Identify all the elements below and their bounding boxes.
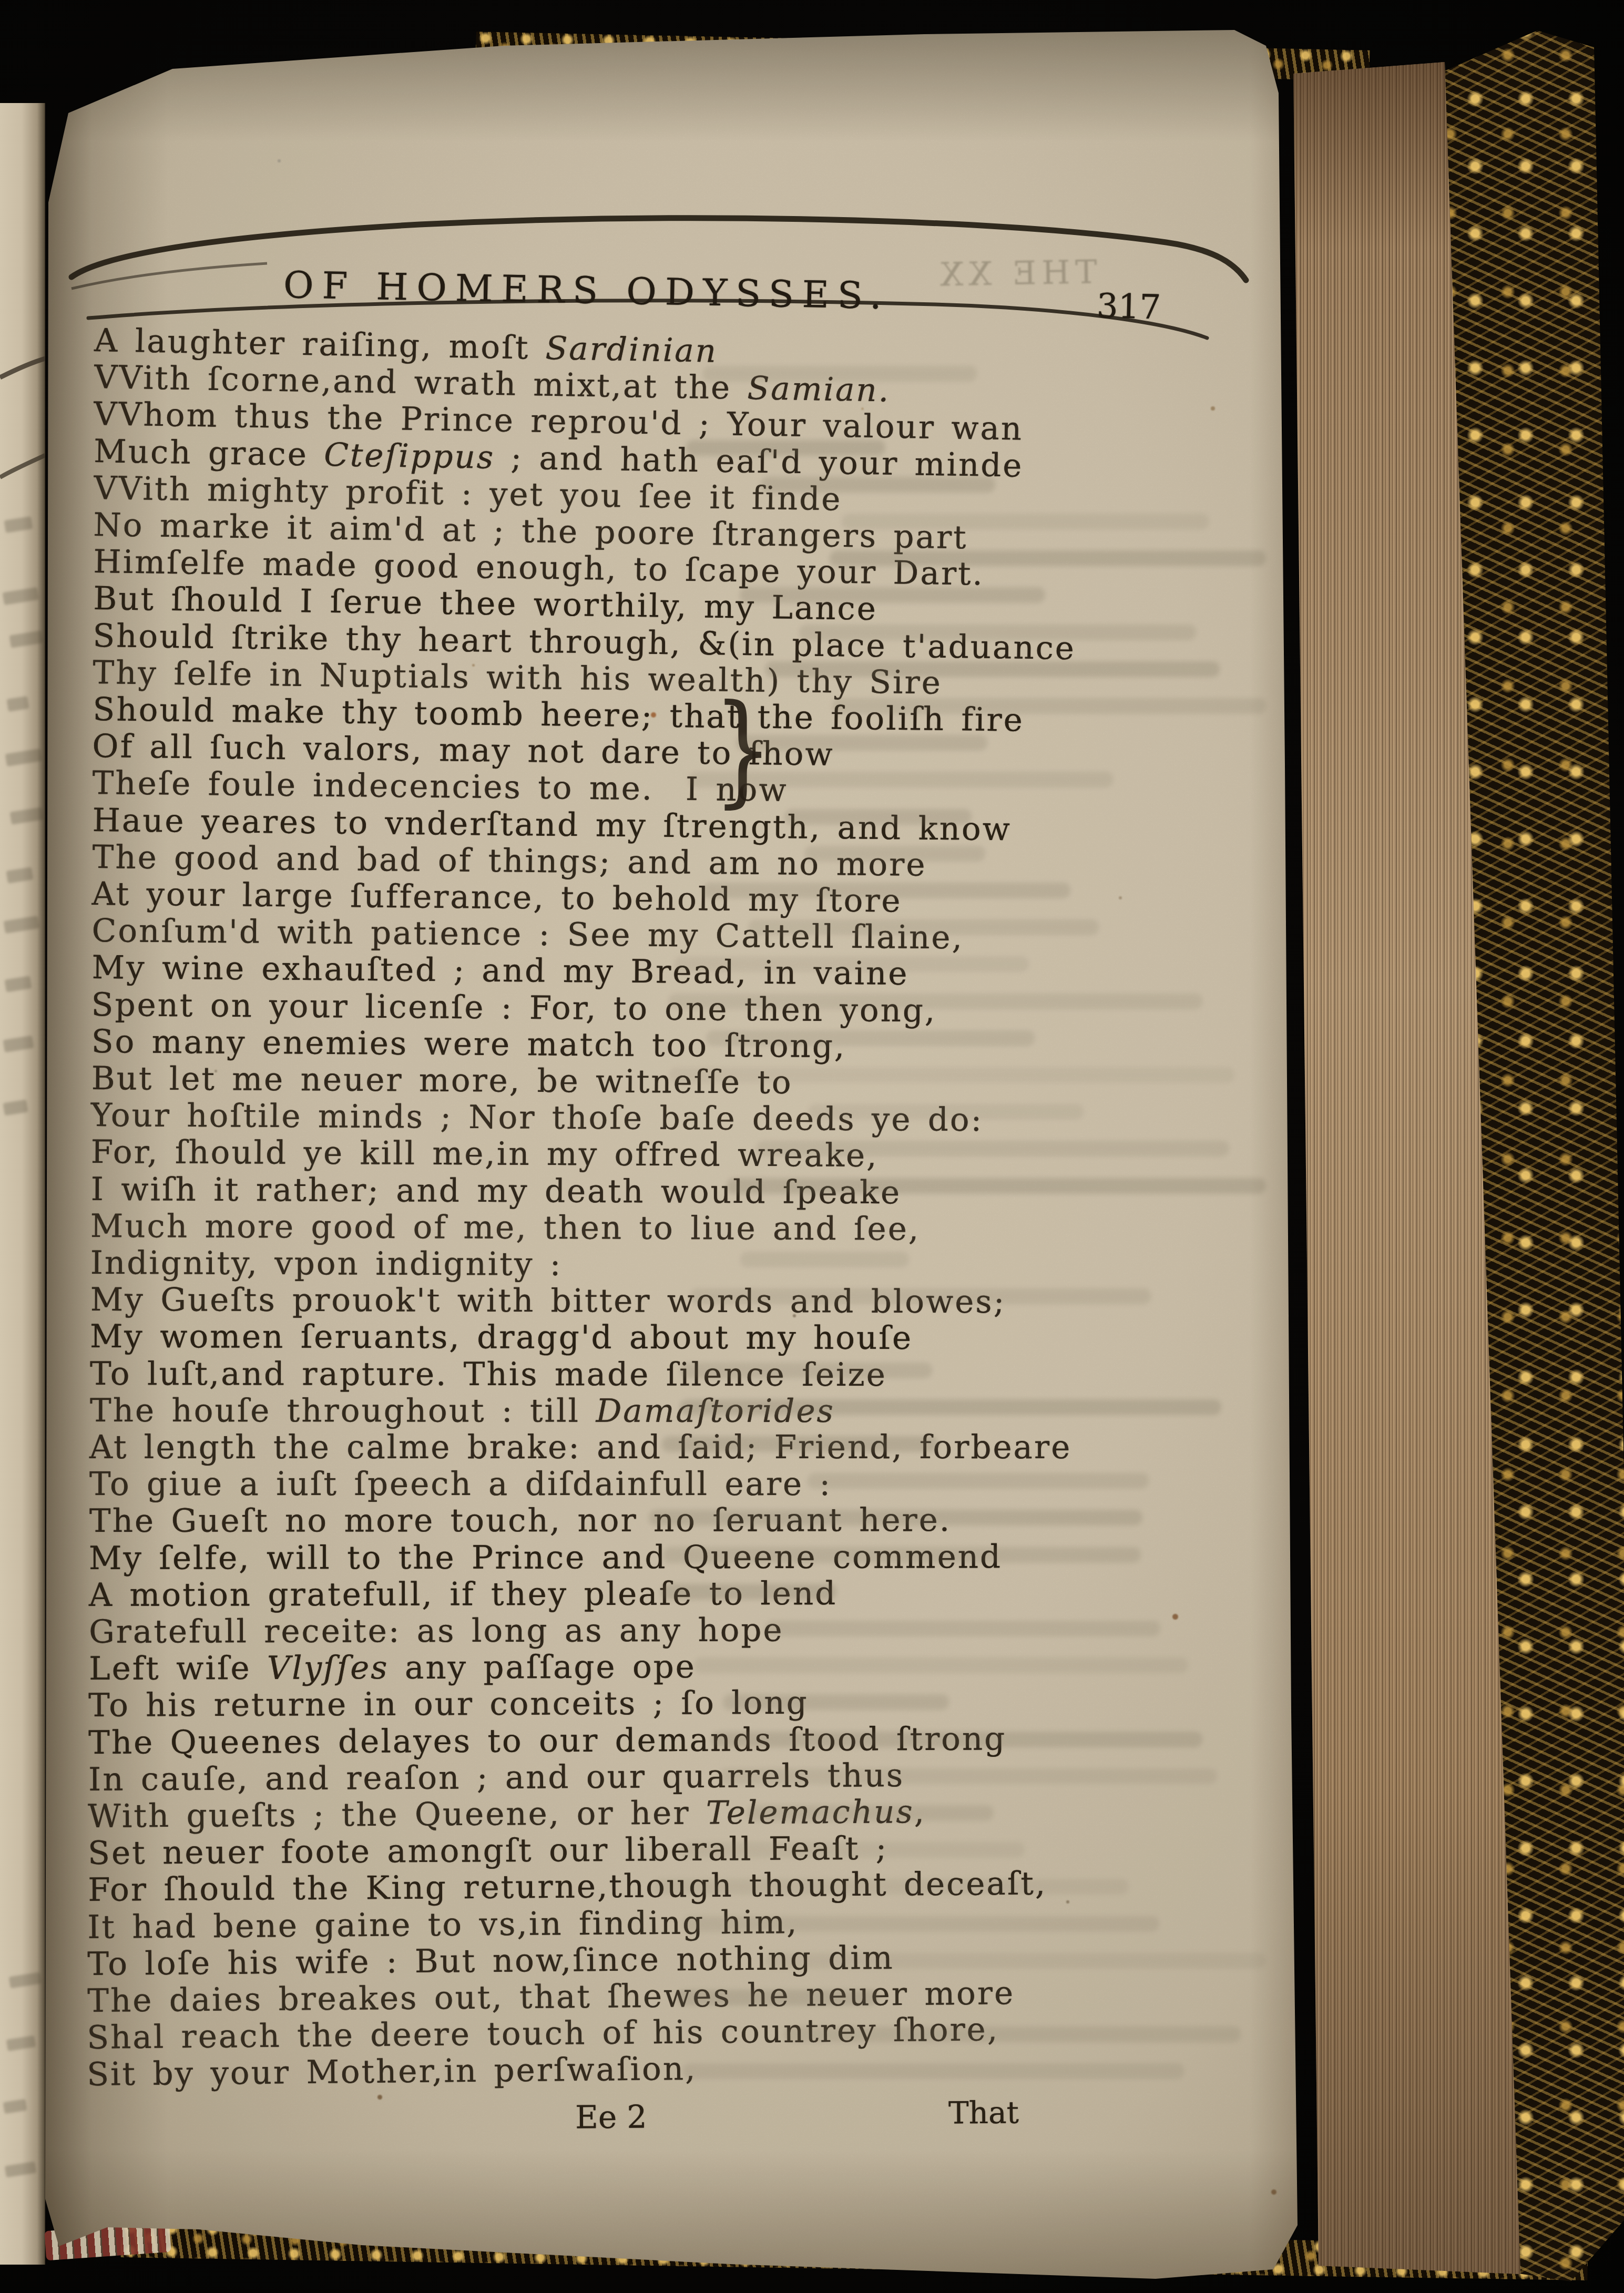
italic-proper-name: Vlyſſes xyxy=(267,1649,389,1687)
facing-page-rules xyxy=(0,103,45,576)
bleedthrough-bar xyxy=(682,2063,1184,2079)
line-text: In cauſe, and reaſon ; and our quarrels … xyxy=(88,1757,904,1798)
poem-line: Much more good of me, then to liue and ſ… xyxy=(90,1207,921,1248)
line-text: , xyxy=(914,1793,926,1830)
line-text: Set neuer foote amongſt our liberall Fea… xyxy=(88,1830,888,1872)
line-text: With gueſts ; the Queene, or her xyxy=(88,1794,706,1835)
bleedthrough-bar xyxy=(740,1252,910,1267)
poem-line: Gratefull receite: as long as any hope xyxy=(89,1612,784,1651)
signature-mark: Ee 2 xyxy=(575,2099,647,2136)
line-text: Much more good of me, then to liue and ſ… xyxy=(90,1207,921,1248)
line-text: A motion gratefull, if they pleaſe to le… xyxy=(89,1575,837,1614)
line-text: To his returne in our conceits ; ſo long xyxy=(88,1684,809,1724)
facing-page-text-smudge xyxy=(6,867,33,883)
line-text: My ſelfe, will to the Prince and Queene … xyxy=(89,1538,1002,1577)
line-text: Gratefull receite: as long as any hope xyxy=(89,1612,784,1651)
paper-speck xyxy=(1271,2189,1276,2195)
italic-proper-name: Damaſtorides xyxy=(596,1392,834,1429)
poem-line: With gueſts ; the Queene, or her Telemac… xyxy=(88,1793,926,1835)
line-text: But let me neuer more, be witneſſe to xyxy=(91,1060,792,1101)
poem-line: Shal reach the deere touch of his countr… xyxy=(87,2011,999,2056)
line-text: Spent on your licenſe : For, to one then… xyxy=(91,986,937,1030)
facing-page-text-smudge xyxy=(4,916,39,934)
line-text: It had bene gaine to vs,in finding him, xyxy=(87,1903,799,1946)
line-text: To luſt,and rapture. This made ſilence ſ… xyxy=(90,1355,887,1394)
line-text: Shal reach the deere touch of his countr… xyxy=(87,2011,999,2056)
line-text: Sit by your Mother,in perſwaſion, xyxy=(87,2050,697,2093)
poem-line: At length the calme brake: and ſaid; Fri… xyxy=(89,1429,1071,1466)
poem-line: I wiſh it rather; and my death would ſpe… xyxy=(90,1171,901,1211)
poem-line: To his returne in our conceits ; ſo long xyxy=(88,1684,809,1724)
facing-page-text-smudge xyxy=(8,1972,42,1988)
facing-page-text-smudge xyxy=(6,2035,36,2051)
facing-page-text-smudge xyxy=(3,1100,28,1116)
poem-line: My ſelfe, will to the Prince and Queene … xyxy=(89,1538,1002,1577)
poem-line: To luſt,and rapture. This made ſilence ſ… xyxy=(90,1355,887,1394)
facing-page-text-smudge xyxy=(9,630,43,648)
poem-line: Spent on your licenſe : For, to one then… xyxy=(91,986,937,1030)
poem-line: In cauſe, and reaſon ; and our quarrels … xyxy=(88,1757,904,1798)
line-text: For, ſhould ye kill me,in my offred wrea… xyxy=(91,1133,879,1174)
italic-proper-name: Sardinian xyxy=(545,330,718,370)
poem-line: The houſe throughout : till Damaſtorides xyxy=(90,1392,835,1430)
line-text: At length the calme brake: and ſaid; Fri… xyxy=(89,1429,1071,1466)
line-text: The Gueſt no more touch, nor no ſeruant … xyxy=(89,1502,951,1540)
bleedthrough-bar xyxy=(808,1473,1149,1489)
paper-speck xyxy=(377,2095,382,2100)
facing-page-sliver xyxy=(0,103,45,2265)
paper-speck xyxy=(1172,1614,1178,1620)
poem-line: Indignity, vpon indignity : xyxy=(90,1244,563,1283)
line-text: For ſhould the King returne,though thoug… xyxy=(88,1865,1047,1909)
line-text: Indignity, vpon indignity : xyxy=(90,1244,563,1283)
poem-line: My Gueſts prouok't with bitter words and… xyxy=(90,1281,1006,1320)
poem-line: To giue a iuſt ſpeech a diſdainfull eare… xyxy=(89,1466,832,1503)
line-text: Your hoſtile minds ; Nor thoſe baſe deed… xyxy=(91,1097,984,1139)
line-text: The houſe throughout : till xyxy=(90,1392,596,1430)
facing-page-text-smudge xyxy=(5,2162,37,2178)
italic-proper-name: Telemachus xyxy=(706,1793,914,1831)
poem-line: But let me neuer more, be witneſſe to xyxy=(91,1060,792,1101)
bleedthrough-bar xyxy=(693,1657,1188,1673)
poem-line: It had bene gaine to vs,in finding him, xyxy=(87,1903,799,1946)
line-text: My women ſeruants, dragg'd about my houſ… xyxy=(90,1318,913,1357)
poem-line: My wine exhauſted ; and my Bread, in vai… xyxy=(91,949,908,992)
poem-line: Set neuer foote amongſt our liberall Fea… xyxy=(88,1830,888,1872)
paper-speck xyxy=(1066,1900,1069,1903)
poem-line: Left wiſe Vlyſſes any paſſage ope xyxy=(89,1648,696,1687)
facing-page-text-smudge xyxy=(5,749,43,766)
book-page: THE XX OF HOMERS ODYSSES. 317 A laughter… xyxy=(41,29,1313,2285)
facing-page-text-smudge xyxy=(6,696,29,712)
line-text: any paſſage ope xyxy=(389,1648,696,1686)
page-number: 317 xyxy=(1096,287,1161,327)
printers-brace: } xyxy=(713,679,773,820)
book-photograph: THE XX OF HOMERS ODYSSES. 317 A laughter… xyxy=(0,0,1624,2293)
poem-line: For, ſhould ye kill me,in my offred wrea… xyxy=(91,1133,879,1174)
line-text: My wine exhauſted ; and my Bread, in vai… xyxy=(91,949,908,992)
poem-line: My women ſeruants, dragg'd about my houſ… xyxy=(90,1318,913,1357)
facing-page-text-smudge xyxy=(4,976,32,992)
facing-page-text-smudge xyxy=(9,807,44,824)
line-text: The Queenes delayes to our demands ſtood… xyxy=(88,1720,1006,1762)
line-text: My Gueſts prouok't with bitter words and… xyxy=(90,1281,1006,1320)
italic-proper-name: Samian. xyxy=(747,370,891,410)
poem-line: The Queenes delayes to our demands ſtood… xyxy=(88,1720,1006,1762)
bleedthrough-header-text: THE XX xyxy=(934,252,1097,293)
facing-page-text-smudge xyxy=(3,587,39,605)
line-text: To giue a iuſt ſpeech a diſdainfull eare… xyxy=(89,1466,832,1503)
poem-line: Sit by your Mother,in perſwaſion, xyxy=(87,2050,697,2093)
poem-line: So many enemies were match too ſtrong, xyxy=(91,1023,846,1065)
poem-line: For ſhould the King returne,though thoug… xyxy=(88,1865,1047,1909)
paper-speck xyxy=(1119,896,1122,899)
facing-page-text-smudge xyxy=(3,2099,27,2114)
bleedthrough-bar xyxy=(765,1621,1161,1636)
paper-speck xyxy=(1211,406,1215,411)
line-text: So many enemies were match too ſtrong, xyxy=(91,1023,846,1065)
running-header: OF HOMERS ODYSSES. xyxy=(283,263,890,318)
italic-proper-name: Cteſippus xyxy=(324,436,495,476)
facing-page-text-smudge xyxy=(4,516,33,533)
poem-line: Your hoſtile minds ; Nor thoſe baſe deed… xyxy=(91,1097,984,1139)
line-text: Much grace xyxy=(94,433,324,474)
line-text: I wiſh it rather; and my death would ſpe… xyxy=(90,1171,901,1211)
paper-speck xyxy=(278,159,281,162)
poem-line: The Gueſt no more touch, nor no ſeruant … xyxy=(89,1502,951,1540)
facing-page-text-smudge xyxy=(3,1036,34,1052)
catchword: That xyxy=(948,2095,1019,2131)
line-text: Left wiſe xyxy=(89,1650,267,1687)
poem-line: A motion gratefull, if they pleaſe to le… xyxy=(89,1575,837,1614)
